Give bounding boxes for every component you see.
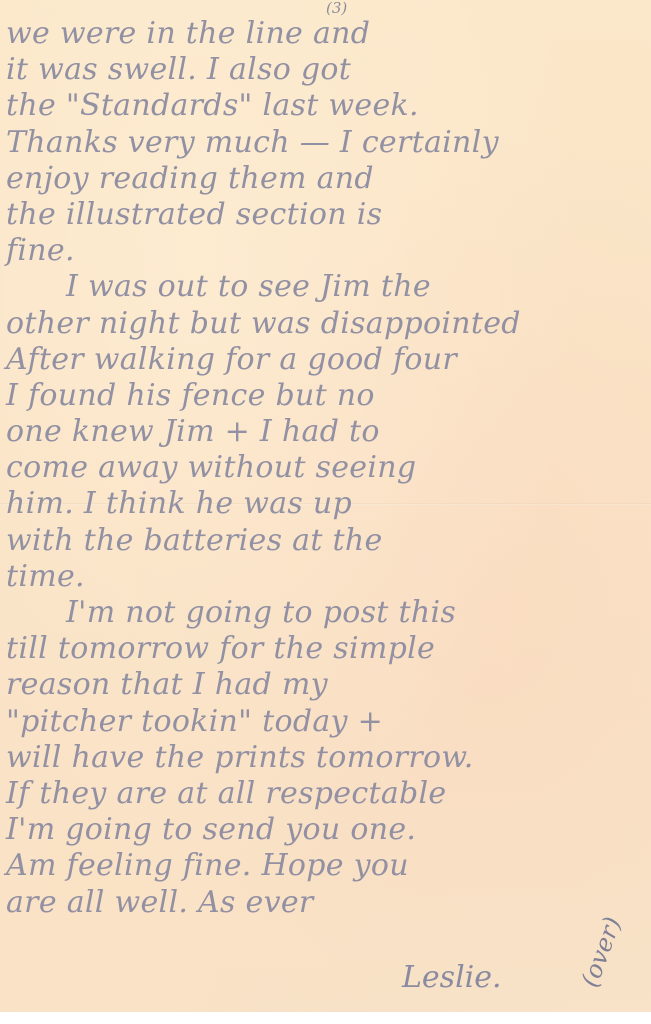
letter-page: (3) we were in the line and it was swell… [0, 0, 651, 1012]
letter-line: I'm going to send you one. [6, 812, 646, 848]
letter-line: enjoy reading them and [6, 161, 646, 197]
page-number: (3) [326, 0, 347, 16]
letter-line: till tomorrow for the simple [6, 631, 646, 667]
letter-paragraph-start: I was out to see Jim the [6, 269, 646, 305]
letter-line: are all well. As ever [6, 885, 646, 921]
letter-line: him. I think he was up [6, 486, 646, 522]
letter-line: Thanks very much — I certainly [6, 125, 646, 161]
letter-line: with the batteries at the [6, 523, 646, 559]
letter-line: the "Standards" last week. [6, 88, 646, 124]
letter-line: one knew Jim + I had to [6, 414, 646, 450]
letter-line: the illustrated section is [6, 197, 646, 233]
letter-line: If they are at all respectable [6, 776, 646, 812]
letter-line: I found his fence but no [6, 378, 646, 414]
letter-line: reason that I had my [6, 667, 646, 703]
letter-line: fine. [6, 233, 646, 269]
letter-line: it was swell. I also got [6, 52, 646, 88]
letter-line: Am feeling fine. Hope you [6, 848, 646, 884]
letter-paragraph-start: I'm not going to post this [6, 595, 646, 631]
letter-line: we were in the line and [6, 16, 646, 52]
letter-line: After walking for a good four [6, 342, 646, 378]
letter-line: other night but was disappointed [6, 306, 646, 342]
letter-line: time. [6, 559, 646, 595]
letter-line: will have the prints tomorrow. [6, 740, 646, 776]
letter-line: come away without seeing [6, 450, 646, 486]
letter-line: "pitcher tookin" today + [6, 704, 646, 740]
margin-note-over: (over) [576, 913, 627, 991]
letter-body: we were in the line and it was swell. I … [6, 16, 646, 921]
signature: Leslie. [402, 958, 502, 998]
